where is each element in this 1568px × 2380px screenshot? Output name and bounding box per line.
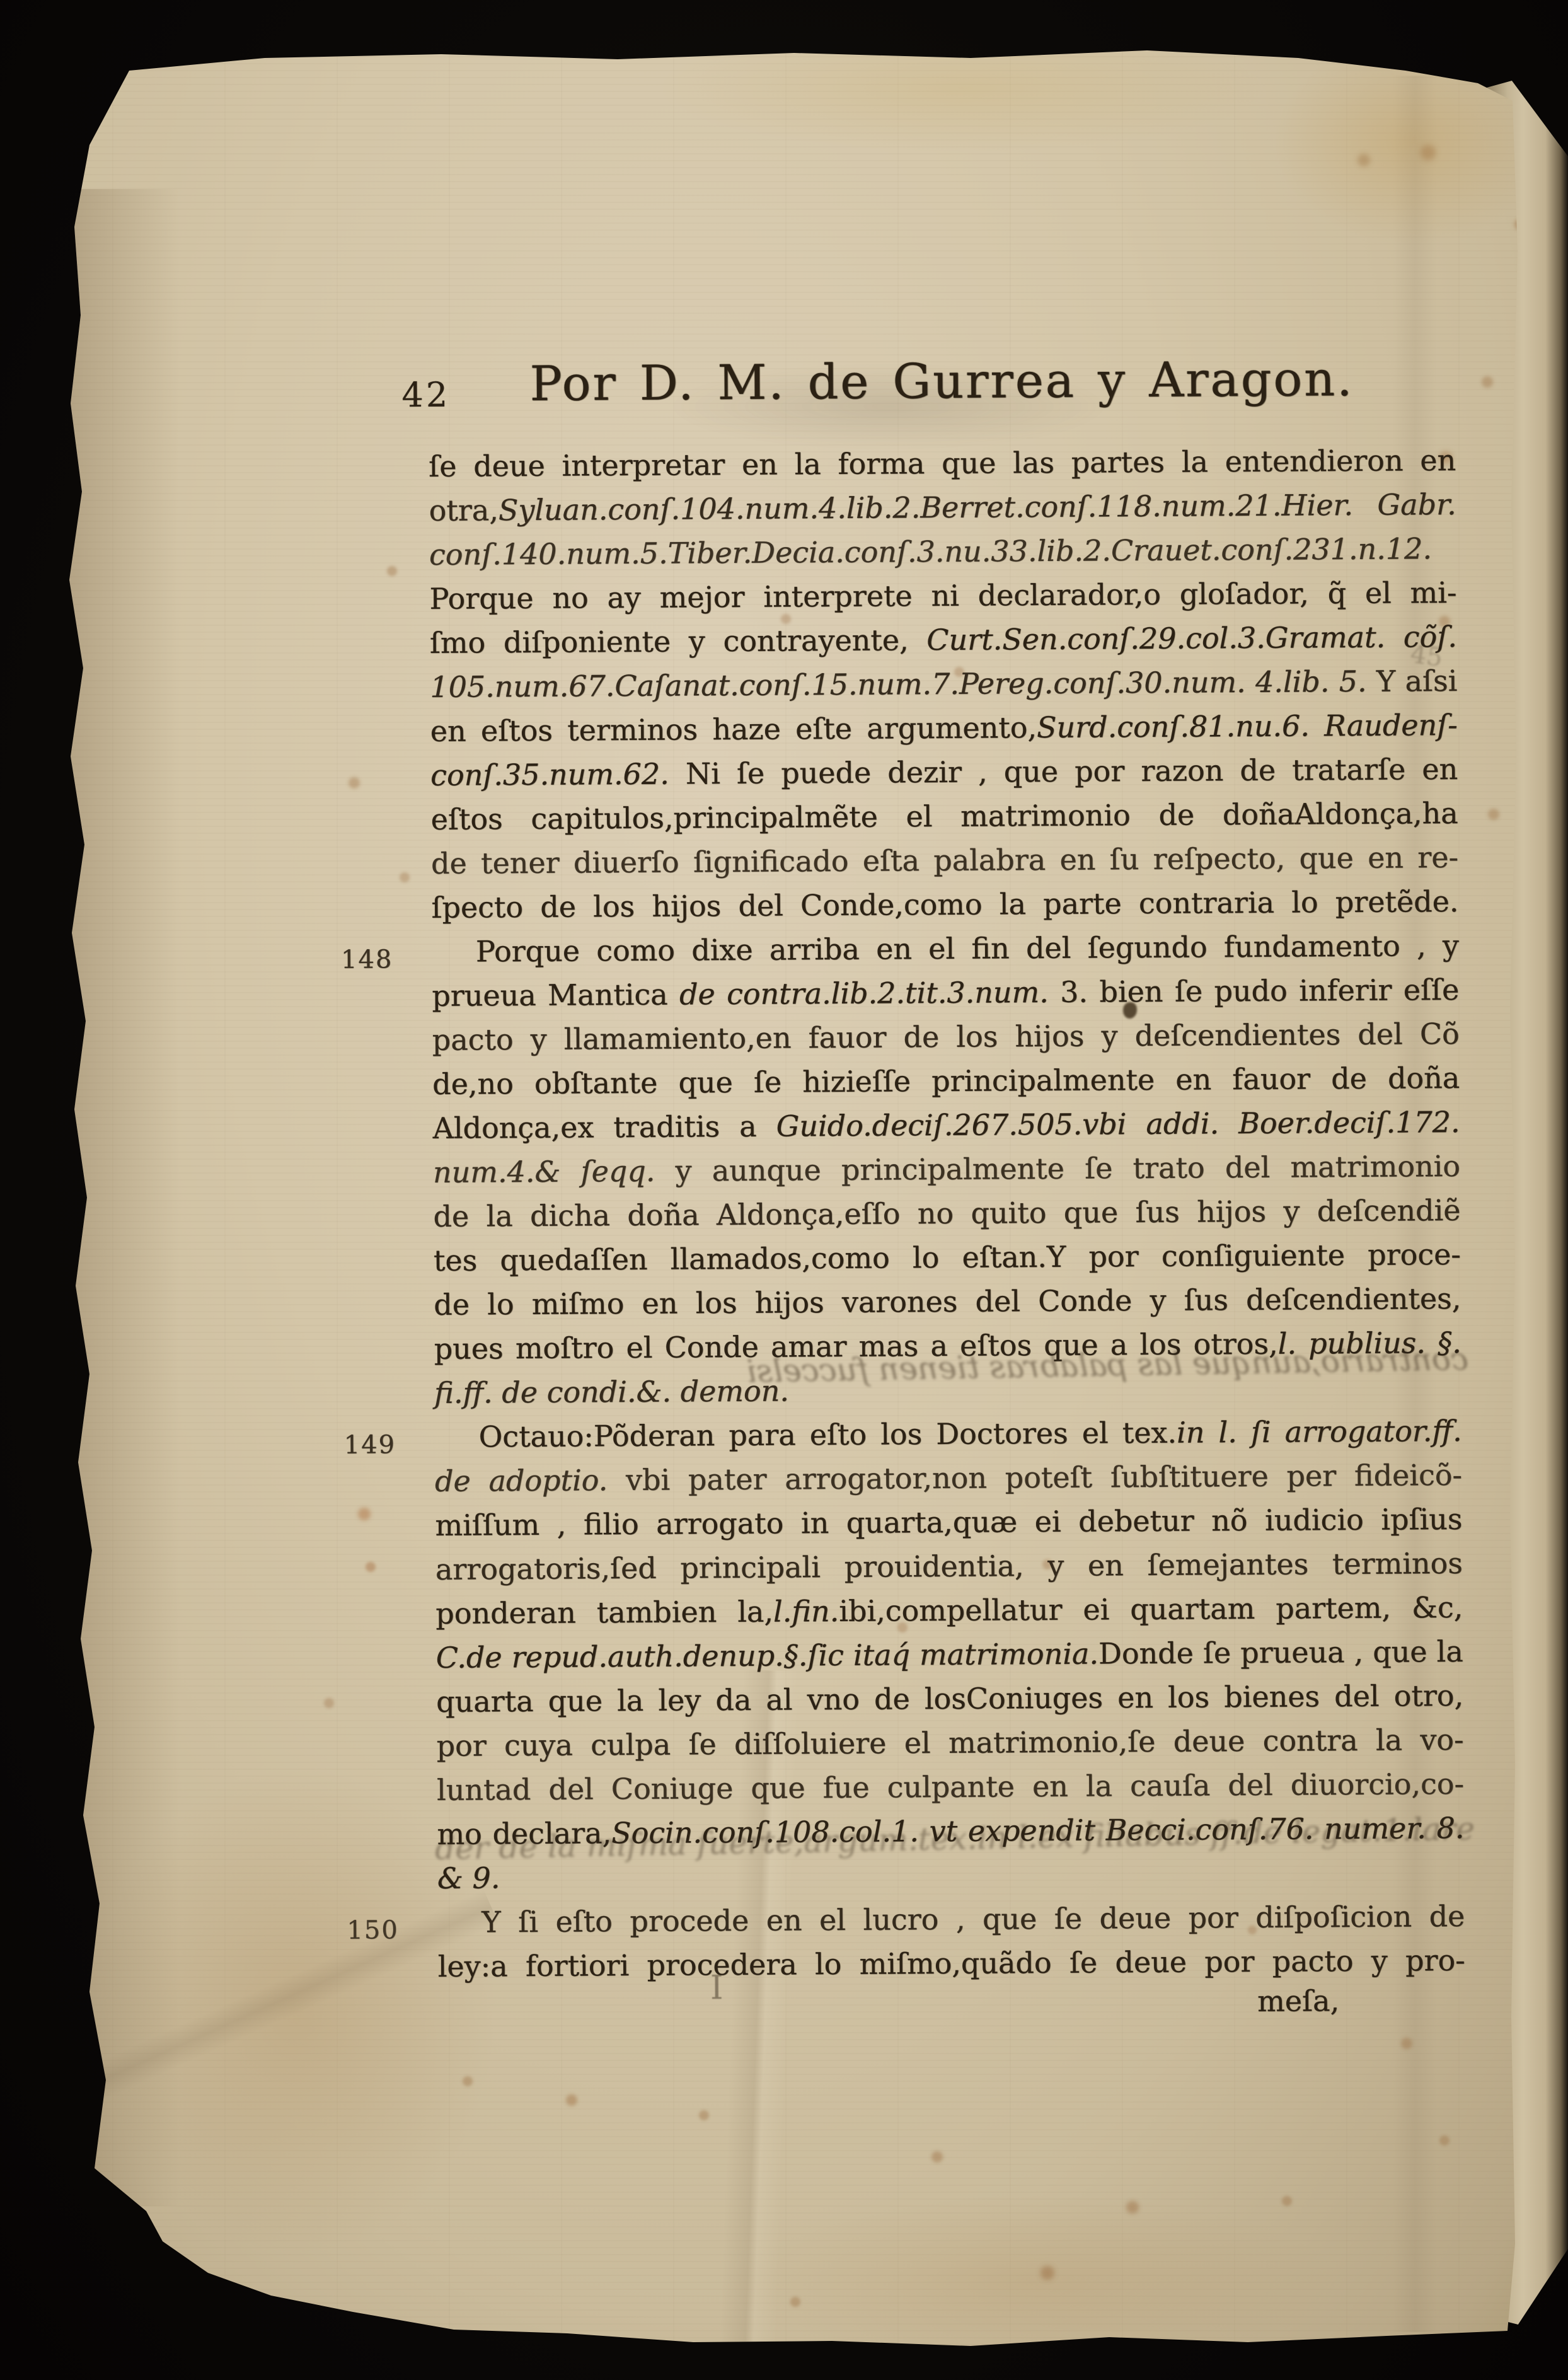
text-segment: miſſum , filio arrogato in quarta,quæ ei… xyxy=(435,1502,1462,1542)
text-segment: quarta que la ley da al vno de losConiug… xyxy=(436,1678,1463,1719)
text-segment: prueua Mantica xyxy=(432,978,679,1013)
margin-paragraph-number: 149 xyxy=(343,1423,396,1467)
text-line: de,no obſtante que ſe hizieſſe principal… xyxy=(432,1056,1460,1106)
text-line: conſ.140.num.5.Tiber.Decia.conſ.3.nu.33.… xyxy=(429,526,1456,577)
text-segment: de lo miſmo en los hijos varones del Con… xyxy=(434,1281,1461,1322)
text-segment: ley:a fortiori procedera lo miſmo,quãdo … xyxy=(438,1943,1465,1984)
text-line: Porque no ay mejor interprete ni declara… xyxy=(429,570,1456,621)
text-segment: otra, xyxy=(429,493,499,528)
text-segment: de contra.lib.2.tit.3.num. xyxy=(679,975,1049,1012)
text-line: Aldonça,ex traditis a Guido.deciſ.267.50… xyxy=(432,1100,1460,1150)
text-segment: por cuya culpa ſe diſſoluiere el matrimo… xyxy=(436,1723,1463,1763)
text-line: C.de repud.auth.denup.§.ſic itaq́ matrim… xyxy=(436,1629,1463,1680)
text-segment: Ni ſe puede dezir , que por razon de tra… xyxy=(669,752,1458,791)
text-segment: Syluan.conſ.104.num.4.lib.2.Berret.conſ.… xyxy=(499,487,1456,527)
text-line: pacto y llamamiento,en fauor de los hijo… xyxy=(432,1012,1460,1062)
text-segment: conſ.35.num.62. xyxy=(430,757,669,792)
text-segment: en eſtos terminos haze eſte argumento, xyxy=(430,710,1037,748)
text-segment: Curt.Sen.conſ.29.col.3.Gramat. cõſ. xyxy=(926,620,1457,657)
text-line: 148Porque como dixe arriba en el fin del… xyxy=(432,923,1459,974)
text-block: 42 Por D. M. de Gurrea y Aragon. ſe deue… xyxy=(429,438,1465,1989)
text-segment: Donde ſe prueua , que la xyxy=(1098,1634,1463,1671)
text-segment: Porque no ay mejor interprete ni declara… xyxy=(429,575,1456,616)
text-segment: de tener diuerſo ſignificado eſta palabr… xyxy=(431,840,1458,881)
book-page: contrario,aunque las palabras tienen fuc… xyxy=(0,0,1568,2380)
text-segment: mo declara, xyxy=(437,1816,611,1851)
text-line: mo declara,Socin.conſ.108.col.1. vt expe… xyxy=(437,1806,1464,1856)
text-line: 105.num.67.Caſanat.conſ.15.num.7.Pereg.c… xyxy=(430,659,1457,709)
text-segment: de adoptio. xyxy=(435,1463,608,1498)
text-line: de tener diuerſo ſignificado eſta palabr… xyxy=(431,835,1458,886)
text-line: de la dicha doña Aldonça,eſſo no quito q… xyxy=(433,1188,1460,1239)
text-segment: y aunque principalmente ſe trato del mat… xyxy=(655,1149,1460,1188)
text-segment: fi.ff. de condi.&. demon. xyxy=(434,1374,789,1410)
text-segment: pacto y llamamiento,en fauor de los hijo… xyxy=(432,1017,1460,1057)
text-segment: ſmo diſponiente y contrayente, xyxy=(430,623,927,660)
text-line: & 9. xyxy=(437,1850,1465,1900)
text-segment: Surd.conſ.81.nu.6. Raudenſ- xyxy=(1037,708,1458,744)
text-segment: de,no obſtante que ſe hizieſſe principal… xyxy=(432,1061,1460,1101)
text-segment: tes quedaſſen llamados,como lo eſtan.Y p… xyxy=(434,1237,1461,1278)
margin-paragraph-number: 150 xyxy=(347,1908,399,1953)
margin-paragraph-number: 148 xyxy=(341,937,393,982)
text-segment: l.fin. xyxy=(773,1594,839,1629)
text-line: tes quedaſſen llamados,como lo eſtan.Y p… xyxy=(434,1232,1461,1283)
text-segment: ſpecto de los hijos del Conde,como la pa… xyxy=(431,884,1458,925)
text-segment: l. publius. §. xyxy=(1277,1326,1461,1361)
deckle-edge-shading xyxy=(60,189,180,2206)
stain-bottom-center xyxy=(725,2193,1342,2370)
text-segment: ſe deue interpretar en la forma que las … xyxy=(429,443,1456,483)
text-segment: pues moſtro el Conde amar mas a eſtos qu… xyxy=(434,1327,1278,1366)
running-title: Por D. M. de Gurrea y Aragon. xyxy=(428,350,1456,412)
text-line: por cuya culpa ſe diſſoluiere el matrimo… xyxy=(436,1718,1463,1768)
text-segment: conſ.140.num.5.Tiber.Decia.conſ.3.nu.33.… xyxy=(429,531,1432,572)
text-segment: Porque como dixe arriba en el fin del ſe… xyxy=(476,928,1459,969)
text-line: de adoptio. vbi pater arrogator,non pote… xyxy=(435,1453,1462,1503)
text-segment: Y aſsi xyxy=(1366,664,1457,698)
stain-top-center xyxy=(662,25,1260,151)
text-line: otra,Syluan.conſ.104.num.4.lib.2.Berret.… xyxy=(429,482,1456,533)
text-line: luntad del Coniuge que fue culpante en l… xyxy=(437,1762,1464,1812)
text-line: prueua Mantica de contra.lib.2.tit.3.num… xyxy=(432,968,1459,1018)
text-line: 150Y ſi eſto procede en el lucro , que ſ… xyxy=(437,1894,1465,1944)
text-line: ſe deue interpretar en la forma que las … xyxy=(429,438,1456,488)
text-segment: C.de repud.auth.denup.§.ſic itaq́ matrim… xyxy=(436,1637,1099,1675)
foxing-spots xyxy=(0,0,5,5)
text-segment: in l. ſi arrogator.ff. xyxy=(1177,1414,1462,1450)
text-line: ſmo diſponiente y contrayente, Curt.Sen.… xyxy=(430,615,1457,665)
text-segment: luntad del Coniuge que fue culpante en l… xyxy=(437,1767,1464,1807)
text-line: quarta que la ley da al vno de losConiug… xyxy=(436,1673,1463,1724)
text-segment: Socin.conſ.108.col.1. vt expendit Becci.… xyxy=(611,1811,1465,1850)
text-segment: 3. bien ſe pudo inferir eſſe xyxy=(1049,973,1460,1009)
text-segment: de la dicha doña Aldonça,eſſo no quito q… xyxy=(433,1193,1460,1233)
text-segment: eſtos capitulos,principalmẽte el matrimo… xyxy=(430,796,1458,836)
diagonal-crease xyxy=(81,1890,499,2104)
body-text: ſe deue interpretar en la forma que las … xyxy=(429,438,1465,1989)
stain-top-right xyxy=(1273,38,1550,246)
text-segment: 105.num.67.Caſanat.conſ.15.num.7.Pereg.c… xyxy=(430,664,1367,704)
text-segment: Guido.deciſ.267.505.vbi addi. Boer.deciſ… xyxy=(776,1105,1460,1143)
text-line: ſpecto de los hijos del Conde,como la pa… xyxy=(431,879,1458,930)
text-segment: & 9. xyxy=(437,1861,500,1895)
text-segment: ibi,compellatur ei quartam partem, &c, xyxy=(839,1590,1463,1628)
page-header: 42 Por D. M. de Gurrea y Aragon. xyxy=(428,350,1456,412)
text-segment: vbi pater arrogator,non poteſt ſubſtitue… xyxy=(608,1458,1462,1497)
text-segment: Y ſi eſto procede en el lucro , que ſe d… xyxy=(481,1899,1465,1939)
text-segment: arrogatoris,ſed principali prouidentia, … xyxy=(435,1546,1463,1586)
text-segment: Octauo:Põderan para eſto los Doctores el… xyxy=(478,1416,1177,1454)
text-line: 149Octauo:Põderan para eſto los Doctores… xyxy=(434,1409,1461,1459)
catchword: meſa, xyxy=(438,1979,1339,2028)
text-line: conſ.35.num.62. Ni ſe puede dezir , que … xyxy=(430,747,1458,797)
text-line: fi.ff. de condi.&. demon. xyxy=(434,1365,1461,1415)
scanned-book-photo: contrario,aunque las palabras tienen fuc… xyxy=(0,0,1568,2380)
text-line: arrogatoris,ſed principali prouidentia, … xyxy=(435,1541,1463,1591)
text-line: pues moſtro el Conde amar mas a eſtos qu… xyxy=(434,1320,1461,1371)
text-line: eſtos capitulos,principalmẽte el matrimo… xyxy=(430,791,1458,841)
text-segment: num.4.& ſeqq. xyxy=(433,1154,655,1189)
text-segment: Aldonça,ex traditis a xyxy=(432,1109,776,1145)
text-line: num.4.& ſeqq. y aunque principalmente ſe… xyxy=(433,1144,1460,1194)
text-line: ponderan tambien la,l.fin.ibi,compellatu… xyxy=(435,1585,1463,1636)
text-segment: ponderan tambien la, xyxy=(435,1595,773,1631)
text-line: de lo miſmo en los hijos varones del Con… xyxy=(434,1276,1461,1327)
text-line: miſſum , filio arrogato in quarta,quæ ei… xyxy=(435,1497,1462,1547)
folio-number: 42 xyxy=(401,375,450,415)
text-line: en eſtos terminos haze eſte argumento,Su… xyxy=(430,703,1458,753)
